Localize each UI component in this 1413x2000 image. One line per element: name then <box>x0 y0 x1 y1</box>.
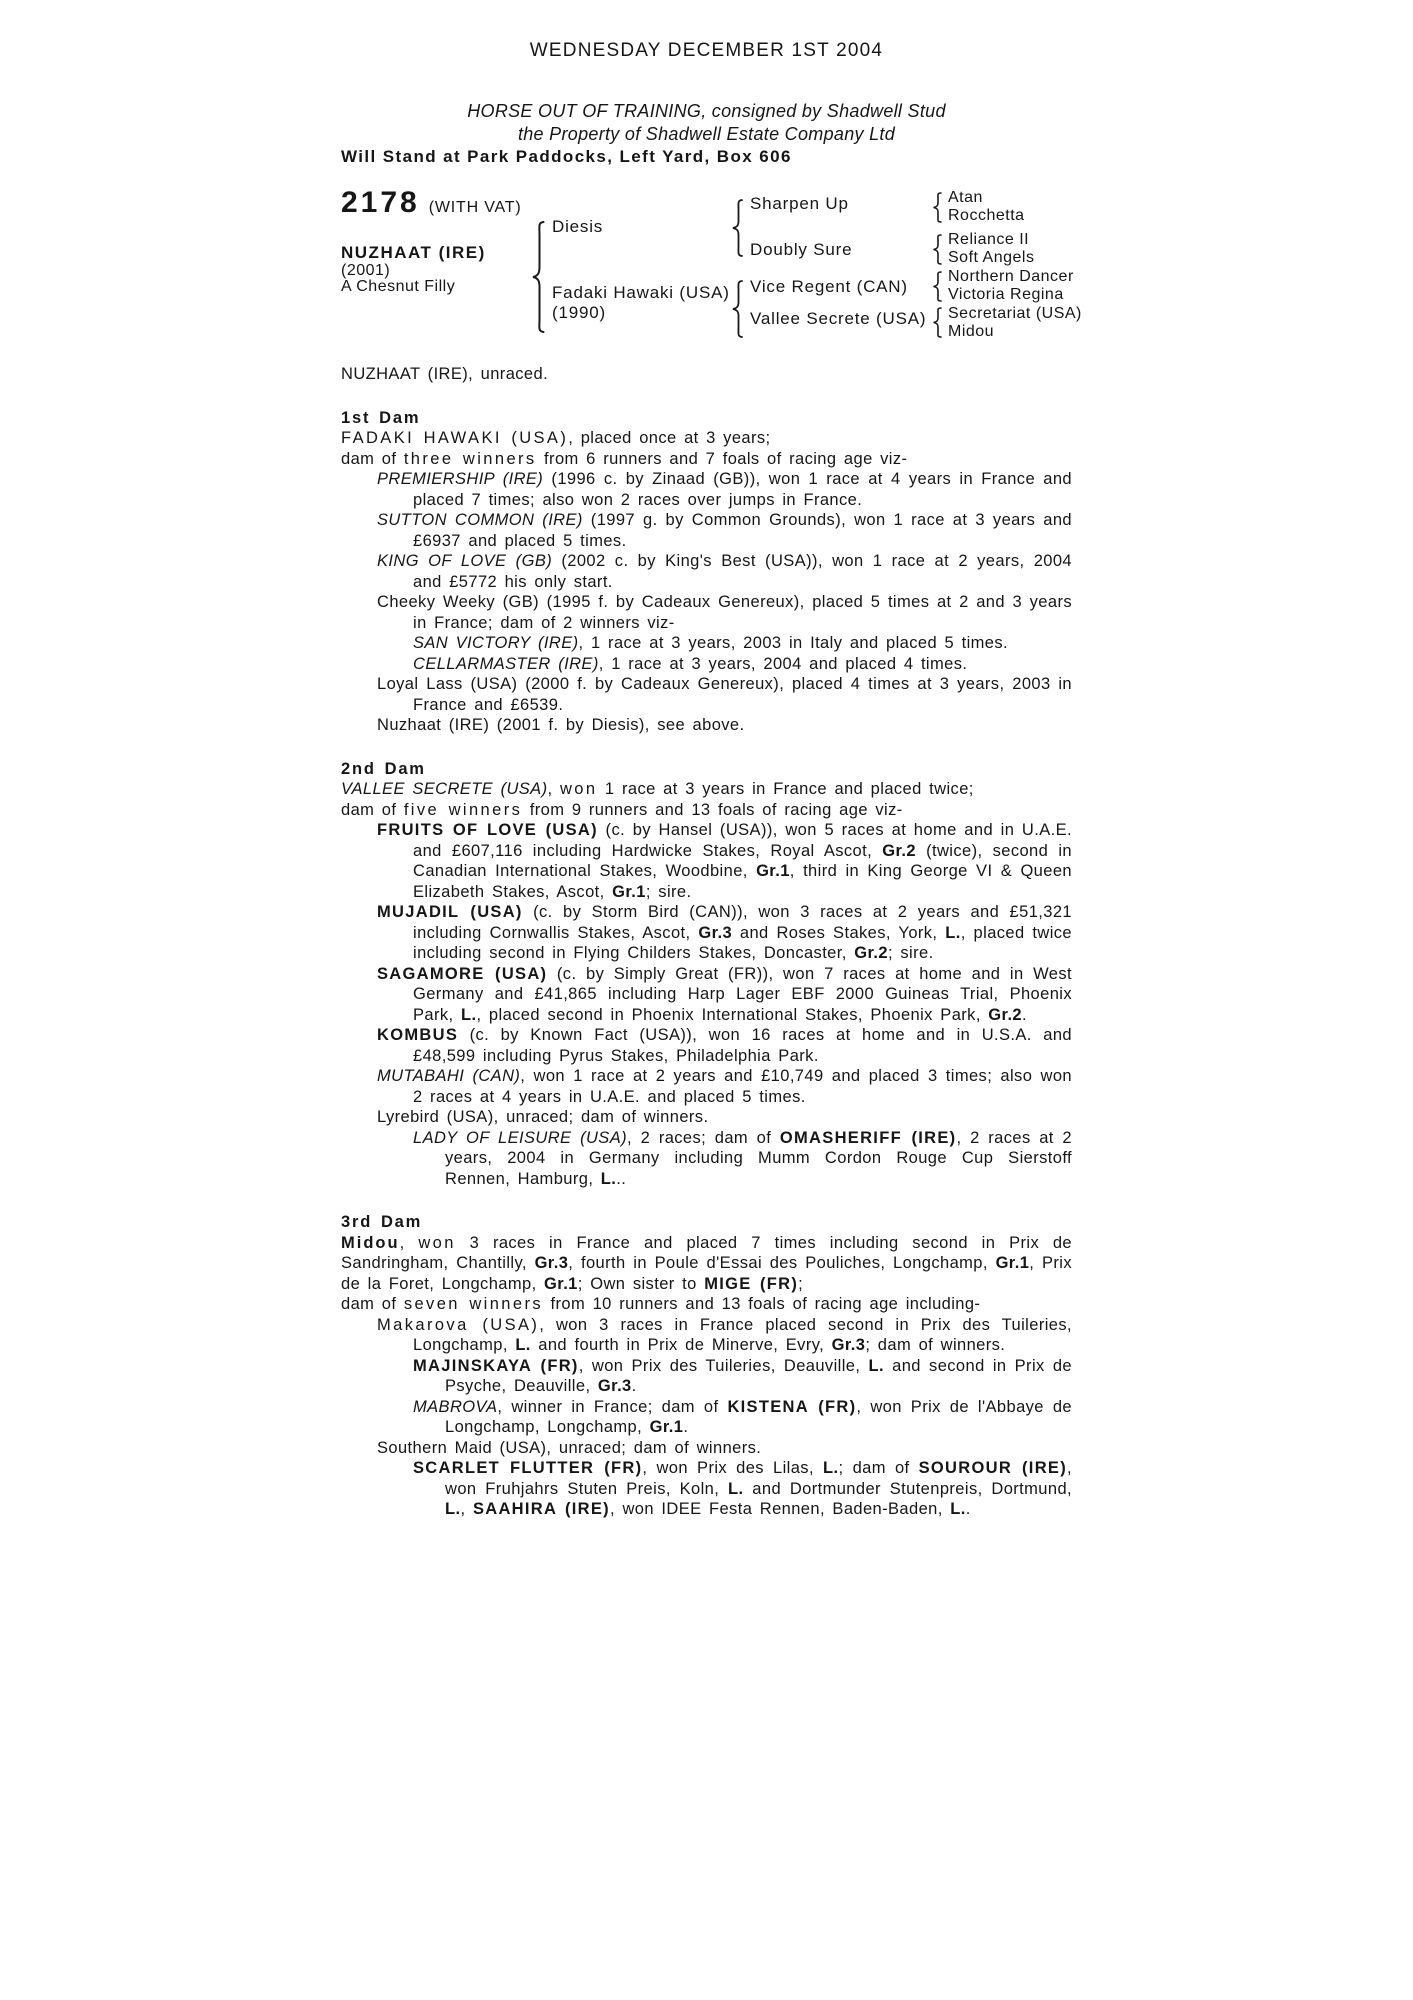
text-segment: . <box>1022 1006 1027 1024</box>
text-segment: LADY OF LEISURE (USA) <box>413 1129 627 1147</box>
brace-icon <box>929 192 942 223</box>
pedigree-gen3-name: Reliance II <box>948 231 1029 249</box>
text-segment: Cheeky Weeky (GB) (1995 f. by Cadeaux Ge… <box>377 593 1072 632</box>
text-segment: CELLARMASTER (IRE) <box>413 655 599 673</box>
pedigree-gen3-name: Soft Angels <box>948 249 1034 267</box>
text-segment: SAGAMORE (USA) <box>377 965 547 983</box>
pedigree-entry: Cheeky Weeky (GB) (1995 f. by Cadeaux Ge… <box>341 592 1072 633</box>
pedigree-gen3-name: Midou <box>948 323 994 341</box>
text-segment: . <box>966 1500 971 1518</box>
brace-icon <box>729 199 743 257</box>
text-segment: MUJADIL (USA) <box>377 903 523 921</box>
text-segment: ; sire. <box>646 883 692 901</box>
text-segment: SOUROUR (IRE) <box>919 1459 1067 1477</box>
lot-number: 2178 <box>341 186 420 219</box>
text-segment: (c. by Known Fact (USA)), won 16 races a… <box>413 1026 1072 1065</box>
text-segment: , 1 race at 3 years, 2004 and placed 4 t… <box>599 655 968 673</box>
text-segment: Gr.2 <box>988 1006 1022 1024</box>
text-segment: and Dortmunder Stutenpreis, Dortmund, <box>744 1480 1073 1498</box>
pedigree-dam-year: (1990) <box>552 303 606 323</box>
pedigree-gen3-name: Victoria Regina <box>948 286 1064 304</box>
pedigree-entry: MUTABAHI (CAN), won 1 race at 2 years an… <box>341 1066 1072 1107</box>
text-segment: , won Prix des Tuileries, Deauville, <box>579 1357 869 1375</box>
text-segment: seven winners <box>404 1295 543 1313</box>
dam-heading: 2nd Dam <box>341 759 1072 780</box>
text-segment: OMASHERIFF (IRE) <box>780 1129 957 1147</box>
text-segment: Gr.2 <box>882 842 916 860</box>
pedigree-entry: dam of seven winners from 10 runners and… <box>341 1294 1072 1315</box>
text-segment: and Roses Stakes, York, <box>732 924 945 942</box>
pedigree-entry: VALLEE SECRETE (USA), won 1 race at 3 ye… <box>341 779 1072 800</box>
pedigree-gen3-name: Secretariat (USA) <box>948 305 1082 323</box>
race-record: NUZHAAT (IRE), unraced. <box>341 364 1072 385</box>
text-segment: KING OF LOVE (GB) <box>377 552 552 570</box>
text-segment: ; dam of winners. <box>865 1336 1005 1354</box>
pedigree-dam-sire: Vice Regent (CAN) <box>750 277 908 297</box>
text-segment: L. <box>445 1500 460 1518</box>
text-segment: , won Prix des Lilas, <box>642 1459 823 1477</box>
text-segment: and fourth in Prix de Minerve, Evry, <box>531 1336 832 1354</box>
dam-heading: 3rd Dam <box>341 1212 1072 1233</box>
vat-note: (WITH VAT) <box>429 199 522 216</box>
pedigree-entry: Nuzhaat (IRE) (2001 f. by Diesis), see a… <box>341 715 1072 736</box>
text-segment: Southern Maid (USA), unraced; dam of win… <box>377 1439 761 1457</box>
brace-icon <box>529 221 545 333</box>
pedigree-sire-sire: Sharpen Up <box>750 194 849 214</box>
pedigree-entry: Midou, won 3 races in France and placed … <box>341 1233 1072 1295</box>
text-segment: , won IDEE Festa Rennen, Baden-Baden, <box>610 1500 950 1518</box>
pedigree-entry: MAJINSKAYA (FR), won Prix des Tuileries,… <box>341 1356 1072 1397</box>
text-segment: . <box>632 1377 637 1395</box>
text-segment: , fourth in Poule d'Essai des Pouliches,… <box>568 1254 995 1272</box>
brace-icon <box>929 307 942 338</box>
brace-icon <box>929 271 942 302</box>
sale-date: WEDNESDAY DECEMBER 1ST 2004 <box>341 40 1072 62</box>
pedigree-gen3-name: Rocchetta <box>948 207 1025 225</box>
text-segment: SAN VICTORY (IRE) <box>413 634 579 652</box>
text-segment: Gr.1 <box>996 1254 1030 1272</box>
catalogue-page: WEDNESDAY DECEMBER 1ST 2004 HORSE OUT OF… <box>0 0 1413 2000</box>
text-segment: Gr.1 <box>544 1275 578 1293</box>
text-segment: VALLEE SECRETE (USA) <box>341 780 547 798</box>
dam-heading: 1st Dam <box>341 408 1072 429</box>
lot-line: 2178(WITH VAT) <box>341 186 521 220</box>
pedigree-gen3-name: Atan <box>948 189 983 207</box>
pedigree-entry: FADAKI HAWAKI (USA), placed once at 3 ye… <box>341 428 1072 449</box>
text-segment: .. <box>616 1170 626 1188</box>
text-segment: Nuzhaat (IRE) (2001 f. by Diesis), see a… <box>377 716 744 734</box>
text-segment: L. <box>461 1006 476 1024</box>
horse-name: NUZHAAT (IRE) <box>341 243 486 263</box>
dam-sections: 1st DamFADAKI HAWAKI (USA), placed once … <box>341 408 1072 1520</box>
pedigree-entry: PREMIERSHIP (IRE) (1996 c. by Zinaad (GB… <box>341 469 1072 510</box>
text-segment: ; sire. <box>888 944 934 962</box>
pedigree-entry: dam of five winners from 9 runners and 1… <box>341 800 1072 821</box>
text-segment: L. <box>728 1480 743 1498</box>
text-segment: Gr.3 <box>535 1254 569 1272</box>
pedigree-entry: FRUITS OF LOVE (USA) (c. by Hansel (USA)… <box>341 820 1072 902</box>
pedigree-entry: MABROVA, winner in France; dam of KISTEN… <box>341 1397 1072 1438</box>
text-segment: dam of <box>341 1295 404 1313</box>
pedigree-entry: MUJADIL (USA) (c. by Storm Bird (CAN)), … <box>341 902 1072 964</box>
text-segment: Gr.3 <box>698 924 732 942</box>
text-segment: won <box>560 780 597 798</box>
text-segment: , placed once at 3 years; <box>568 429 770 447</box>
text-segment: dam of <box>341 801 404 819</box>
text-segment: NUZHAAT (IRE), unraced. <box>341 365 548 383</box>
text-segment: three winners <box>404 450 537 468</box>
text-segment: Gr.1 <box>756 862 790 880</box>
brace-icon <box>729 280 743 338</box>
pedigree-dam-dam: Vallee Secrete (USA) <box>750 309 926 329</box>
text-segment: Makarova (USA) <box>377 1316 539 1334</box>
text-segment: KISTENA (FR) <box>727 1398 856 1416</box>
text-segment: L. <box>869 1357 884 1375</box>
text-segment: from 6 runners and 7 foals of racing age… <box>537 450 908 468</box>
text-segment: , winner in France; dam of <box>497 1398 727 1416</box>
pedigree-entry: Lyrebird (USA), unraced; dam of winners. <box>341 1107 1072 1128</box>
pedigree-entry: CELLARMASTER (IRE), 1 race at 3 years, 2… <box>341 654 1072 675</box>
pedigree-details: NUZHAAT (IRE), unraced. 1st DamFADAKI HA… <box>341 364 1072 1520</box>
pedigree-entry: dam of three winners from 6 runners and … <box>341 449 1072 470</box>
text-segment: ; Own sister to <box>578 1275 704 1293</box>
pedigree-entry: LADY OF LEISURE (USA), 2 races; dam of O… <box>341 1128 1072 1190</box>
text-segment: from 10 runners and 13 foals of racing a… <box>543 1295 980 1313</box>
text-segment: , placed second in Phoenix International… <box>476 1006 988 1024</box>
pedigree-dam: Fadaki Hawaki (USA) <box>552 283 730 303</box>
horse-description: A Chesnut Filly <box>341 278 455 296</box>
text-segment: won <box>418 1234 455 1252</box>
text-segment: , <box>547 780 559 798</box>
text-segment: ; dam of <box>839 1459 919 1477</box>
pedigree-entry: KOMBUS (c. by Known Fact (USA)), won 16 … <box>341 1025 1072 1066</box>
text-segment: Loyal Lass (USA) (2000 f. by Cadeaux Gen… <box>377 675 1072 714</box>
text-segment: L. <box>950 1500 965 1518</box>
pedigree-entry: SCARLET FLUTTER (FR), won Prix des Lilas… <box>341 1458 1072 1520</box>
text-segment: 1 race at 3 years in France and placed t… <box>597 780 973 798</box>
consignment-line-2: the Property of Shadwell Estate Company … <box>341 124 1072 145</box>
text-segment: Gr.1 <box>650 1418 684 1436</box>
text-segment: L. <box>515 1336 530 1354</box>
text-segment: MIGE (FR) <box>704 1275 798 1293</box>
text-segment: from 9 runners and 13 foals of racing ag… <box>522 801 902 819</box>
pedigree-entry: KING OF LOVE (GB) (2002 c. by King's Bes… <box>341 551 1072 592</box>
text-segment: L. <box>945 924 960 942</box>
text-segment: five winners <box>404 801 522 819</box>
text-segment: FRUITS OF LOVE (USA) <box>377 821 598 839</box>
text-segment: KOMBUS <box>377 1026 458 1044</box>
text-segment: Gr.3 <box>832 1336 866 1354</box>
text-segment: dam of <box>341 450 404 468</box>
text-segment: SAAHIRA (IRE) <box>473 1500 610 1518</box>
pedigree-entry: SUTTON COMMON (IRE) (1997 g. by Common G… <box>341 510 1072 551</box>
pedigree-entry: Southern Maid (USA), unraced; dam of win… <box>341 1438 1072 1459</box>
text-segment: Gr.1 <box>612 883 646 901</box>
text-segment: ; <box>798 1275 803 1293</box>
text-segment: Midou <box>341 1234 400 1252</box>
stabling-location: Will Stand at Park Paddocks, Left Yard, … <box>341 147 1072 167</box>
text-segment: , <box>460 1500 472 1518</box>
text-segment: MUTABAHI (CAN) <box>377 1067 520 1085</box>
text-segment: SUTTON COMMON (IRE) <box>377 511 583 529</box>
pedigree-sire-dam: Doubly Sure <box>750 240 852 260</box>
pedigree-entry: Loyal Lass (USA) (2000 f. by Cadeaux Gen… <box>341 674 1072 715</box>
text-segment: MABROVA <box>413 1398 497 1416</box>
text-segment: , <box>400 1234 419 1252</box>
pedigree-entry: SAN VICTORY (IRE), 1 race at 3 years, 20… <box>341 633 1072 654</box>
text-segment: MAJINSKAYA (FR) <box>413 1357 579 1375</box>
pedigree-sire: Diesis <box>552 217 603 237</box>
pedigree-gen3-name: Northern Dancer <box>948 268 1074 286</box>
pedigree-entry: Makarova (USA), won 3 races in France pl… <box>341 1315 1072 1356</box>
text-segment: L. <box>823 1459 838 1477</box>
text-segment: L. <box>601 1170 616 1188</box>
text-segment: PREMIERSHIP (IRE) <box>377 470 543 488</box>
text-segment: Gr.2 <box>854 944 888 962</box>
brace-icon <box>929 234 942 265</box>
text-segment: SCARLET FLUTTER (FR) <box>413 1459 642 1477</box>
consignment-line-1: HORSE OUT OF TRAINING, consigned by Shad… <box>341 101 1072 122</box>
pedigree-entry: SAGAMORE (USA) (c. by Simply Great (FR))… <box>341 964 1072 1026</box>
text-segment: FADAKI HAWAKI (USA) <box>341 429 568 447</box>
text-segment: , 1 race at 3 years, 2003 in Italy and p… <box>579 634 1008 652</box>
text-segment: Lyrebird (USA), unraced; dam of winners. <box>377 1108 708 1126</box>
text-segment: Gr.3 <box>598 1377 632 1395</box>
text-segment: , 2 races; dam of <box>627 1129 780 1147</box>
text-segment: . <box>683 1418 688 1436</box>
